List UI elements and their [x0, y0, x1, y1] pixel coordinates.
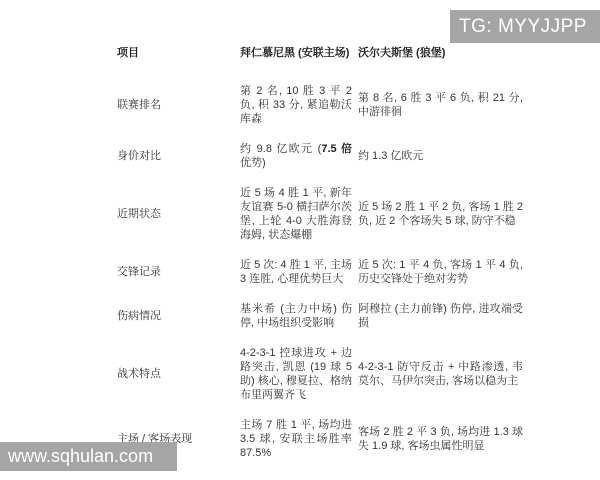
bayern-cell: 主场 7 胜 1 平, 场均进 3.5 球, 安联主场胜率 87.5% [240, 410, 358, 468]
column-header-bayern: 拜仁慕尼黑 (安联主场) [240, 46, 358, 76]
column-header-wolfsburg: 沃尔夫斯堡 (狼堡) [358, 46, 523, 76]
row-label: 身价对比 [117, 134, 240, 178]
table-row-recent-form: 近期状态 近 5 场 4 胜 1 平, 新年友谊赛 5-0 横扫萨尔茨堡, 上轮… [117, 178, 523, 250]
bayern-cell: 近 5 次: 4 胜 1 平, 主场 3 连胜, 心理优势巨大 [240, 250, 358, 294]
bayern-cell: 约 9.8 亿欧元 (7.5 倍优势) [240, 134, 358, 178]
value-text: 优势) [240, 157, 266, 169]
row-label: 联赛排名 [117, 76, 240, 134]
wolfsburg-cell: 4-2-3-1 防守反击 + 中路渗透, 韦莫尔、马伊尔突击, 客场以稳为主 [358, 338, 523, 410]
column-header-item: 项目 [117, 46, 240, 76]
table-row-head-to-head: 交锋记录 近 5 次: 4 胜 1 平, 主场 3 连胜, 心理优势巨大 近 5… [117, 250, 523, 294]
wolfsburg-cell: 第 8 名, 6 胜 3 平 6 负, 积 21 分, 中游徘徊 [358, 76, 523, 134]
bayern-cell: 近 5 场 4 胜 1 平, 新年友谊赛 5-0 横扫萨尔茨堡, 上轮 4-0 … [240, 178, 358, 250]
row-label: 近期状态 [117, 178, 240, 250]
wolfsburg-cell: 约 1.3 亿欧元 [358, 134, 523, 178]
table-row-tactics: 战术特点 4-2-3-1 控球进攻 + 边路突击, 凯恩 (19 球 5 助) … [117, 338, 523, 410]
value-text: 约 9.8 亿欧元 ( [240, 143, 321, 155]
telegram-watermark: TG: MYYJJPP [450, 10, 600, 43]
row-label: 伤病情况 [117, 294, 240, 338]
row-label: 战术特点 [117, 338, 240, 410]
team-comparison-table: 项目 拜仁慕尼黑 (安联主场) 沃尔夫斯堡 (狼堡) 联赛排名 第 2 名, 1… [117, 46, 523, 468]
bayern-cell: 第 2 名, 10 胜 3 平 2 负, 积 33 分, 紧追勒沃库森 [240, 76, 358, 134]
website-watermark: www.sqhulan.com [0, 442, 177, 471]
wolfsburg-cell: 阿穆拉 (主力前锋) 伤停, 进攻端受损 [358, 294, 523, 338]
table-row-market-value: 身价对比 约 9.8 亿欧元 (7.5 倍优势) 约 1.3 亿欧元 [117, 134, 523, 178]
table-row-home-away: 主场 / 客场表现 主场 7 胜 1 平, 场均进 3.5 球, 安联主场胜率 … [117, 410, 523, 468]
table-row-league-rank: 联赛排名 第 2 名, 10 胜 3 平 2 负, 积 33 分, 紧追勒沃库森… [117, 76, 523, 134]
bayern-cell: 基米希 (主力中场) 伤停, 中场组织受影响 [240, 294, 358, 338]
value-bold: 7.5 倍 [321, 143, 352, 155]
table-header-row: 项目 拜仁慕尼黑 (安联主场) 沃尔夫斯堡 (狼堡) [117, 46, 523, 76]
wolfsburg-cell: 近 5 场 2 胜 1 平 2 负, 客场 1 胜 2 负, 近 2 个客场失 … [358, 178, 523, 250]
table-row-injuries: 伤病情况 基米希 (主力中场) 伤停, 中场组织受影响 阿穆拉 (主力前锋) 伤… [117, 294, 523, 338]
wolfsburg-cell: 近 5 次: 1 平 4 负, 客场 1 平 4 负, 历史交锋处于绝对劣势 [358, 250, 523, 294]
row-label: 交锋记录 [117, 250, 240, 294]
bayern-cell: 4-2-3-1 控球进攻 + 边路突击, 凯恩 (19 球 5 助) 核心, 穆… [240, 338, 358, 410]
wolfsburg-cell: 客场 2 胜 2 平 3 负, 场均进 1.3 球失 1.9 球, 客场虫属性明… [358, 410, 523, 468]
